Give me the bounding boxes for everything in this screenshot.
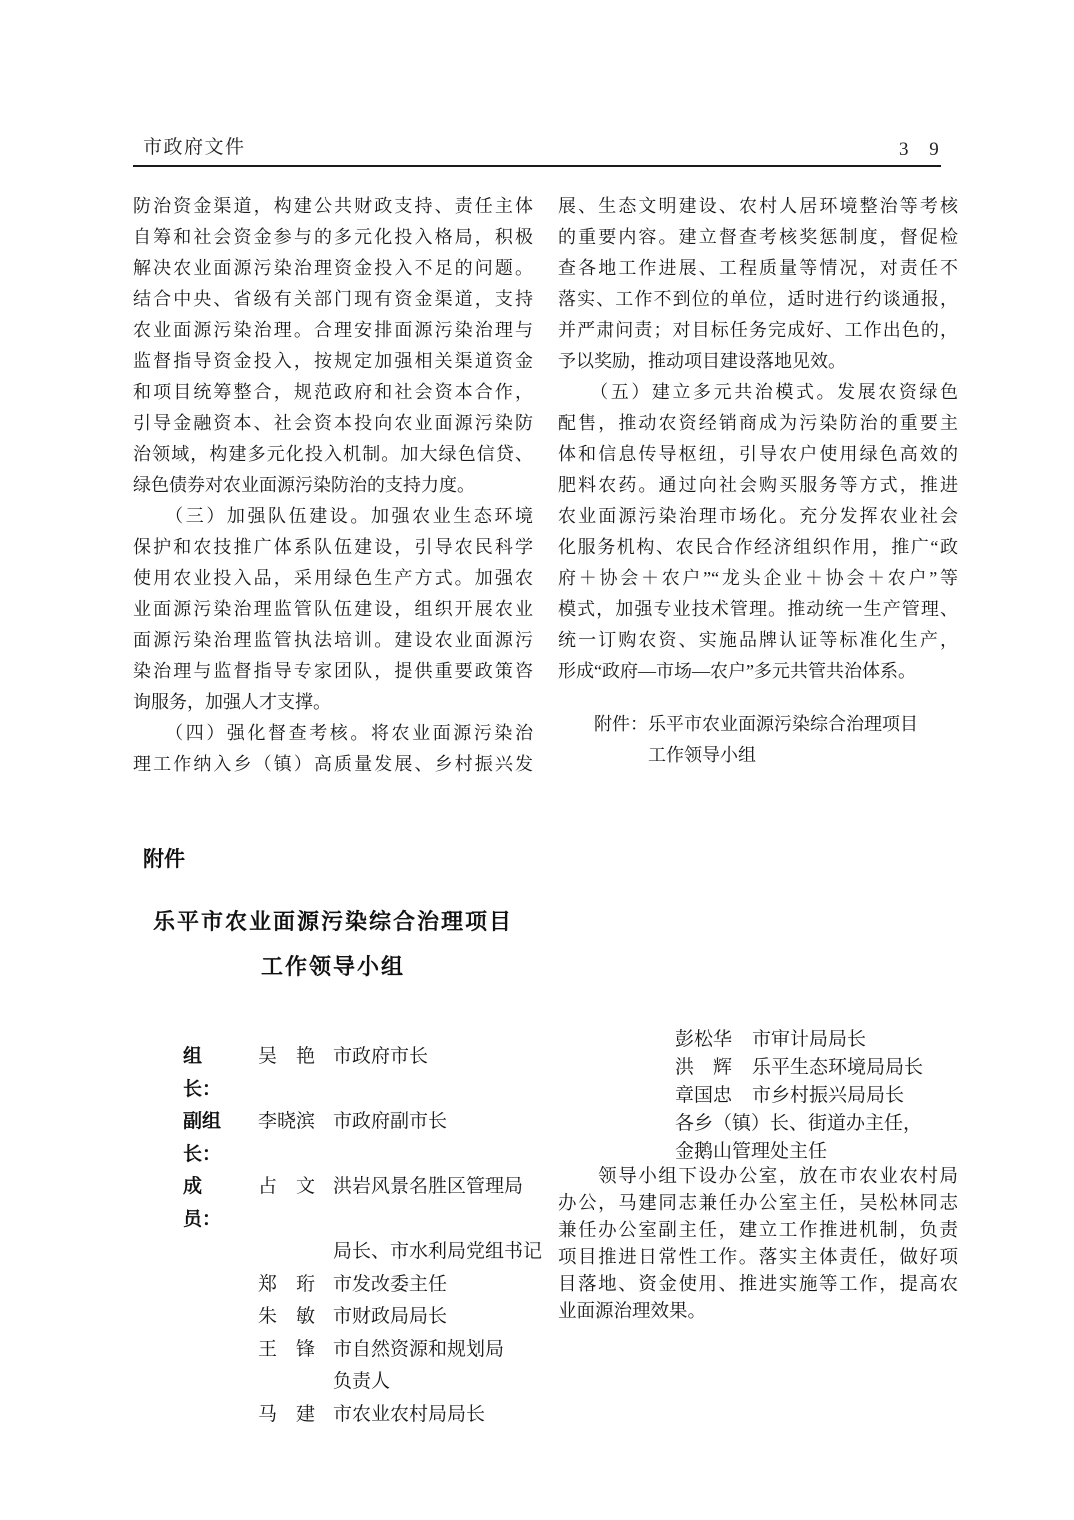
body-line: 落实、工作不到位的单位，适时进行约谈通报，	[558, 284, 958, 315]
body-line: 询服务，加强人才支撑。	[133, 687, 533, 718]
roster-right: 彭松华市审计局局长 洪 辉乐平生态环境局局长 章国忠市乡村振兴局局长 各乡（镇）…	[675, 1026, 975, 1166]
body-line: 形成“政府—市场—农户”多元共管共治体系。	[558, 656, 958, 687]
roster-extra-line: 金鹅山管理处主任	[675, 1138, 975, 1166]
body-line: （三）加强队伍建设。加强农业生态环境	[133, 501, 533, 532]
office-paragraph: 领导小组下设办公室，放在市农业农村局 办公，马建同志兼任办公室主任，吴松林同志 …	[558, 1164, 958, 1326]
roster-title: 局长、市水利局党组书记	[333, 1236, 563, 1269]
roster-title: 乐平生态环境局局长	[752, 1054, 975, 1082]
roster-row: 局长、市水利局党组书记	[183, 1236, 563, 1269]
body-line: 配售，推动农资经销商成为污染防治的重要主	[558, 408, 958, 439]
roster-title: 洪岩风景名胜区管理局	[333, 1171, 563, 1236]
body-line: 防治资金渠道，构建公共财政支持、责任主体	[133, 191, 533, 222]
body-line: 化服务机构、农民合作经济组织作用，推广“政	[558, 532, 958, 563]
attachment-reference-line: 附件：乐平市农业面源污染综合治理项目	[558, 709, 958, 740]
body-column-left: 防治资金渠道，构建公共财政支持、责任主体 自筹和社会资金参与的多元化投入格局，积…	[133, 191, 533, 780]
roster-row: 章国忠市乡村振兴局局长	[675, 1082, 975, 1110]
body-line: 业面源污染治理监管队伍建设，组织开展农业	[133, 594, 533, 625]
body-line: （四）强化督查考核。将农业面源污染治	[133, 718, 533, 749]
body-line: 结合中央、省级有关部门现有资金渠道，支持	[133, 284, 533, 315]
body-line: 染治理与监督指导专家团队，提供重要政策咨	[133, 656, 533, 687]
body-line: 肥料农药。通过向社会购买服务等方式，推进	[558, 470, 958, 501]
attachment-title-line: 工作领导小组	[133, 944, 533, 989]
roster-row: 副组长：李晓滨市政府副市长	[183, 1106, 563, 1171]
roster-role-label	[183, 1301, 258, 1334]
roster-name: 占 文	[258, 1171, 333, 1236]
body-line: 解决农业面源污染治理资金投入不足的问题。	[133, 253, 533, 284]
attachment-title-line: 乐平市农业面源污染综合治理项目	[133, 899, 533, 944]
roster-row: 郑 珩市发改委主任	[183, 1269, 563, 1302]
paragraph-line: 目落地、资金使用、推进实施等工作，提高农	[558, 1272, 958, 1299]
roster-extra-line: 各乡（镇）长、街道办主任，	[675, 1110, 975, 1138]
body-line: 的重要内容。建立督查考核奖惩制度，督促检	[558, 222, 958, 253]
roster-name: 朱 敏	[258, 1301, 333, 1334]
roster-row: 彭松华市审计局局长	[675, 1026, 975, 1054]
roster-name: 彭松华	[675, 1026, 752, 1054]
roster-title: 市发改委主任	[333, 1269, 563, 1302]
body-line: 府＋协会＋农户”“龙头企业＋协会＋农户”等	[558, 563, 958, 594]
roster-row: 马 建市农业农村局局长	[183, 1399, 563, 1432]
roster-role-label: 副组长：	[183, 1106, 258, 1171]
body-line: （五）建立多元共治模式。发展农资绿色	[558, 377, 958, 408]
roster-role-label	[183, 1366, 258, 1399]
roster-title: 市农业农村局局长	[333, 1399, 563, 1432]
roster-title: 市乡村振兴局局长	[752, 1082, 975, 1110]
roster-name: 吴 艳	[258, 1041, 333, 1106]
roster-role-label: 成 员：	[183, 1171, 258, 1236]
roster-name: 章国忠	[675, 1082, 752, 1110]
roster-row: 王 锋市自然资源和规划局	[183, 1334, 563, 1367]
roster-title: 市政府副市长	[333, 1106, 563, 1171]
roster-name	[258, 1366, 333, 1399]
roster-row: 组 长：吴 艳市政府市长	[183, 1041, 563, 1106]
body-line: 绿色债券对农业面源污染防治的支持力度。	[133, 470, 533, 501]
body-line: 农业面源污染治理。合理安排面源污染治理与	[133, 315, 533, 346]
body-line: 展、生态文明建设、农村人居环境整治等考核	[558, 191, 958, 222]
paragraph-line: 项目推进日常性工作。落实主体责任，做好项	[558, 1245, 958, 1272]
document-header-label: 市政府文件	[143, 132, 246, 159]
body-line: 和项目统筹整合，规范政府和社会资本合作，	[133, 377, 533, 408]
body-line: 予以奖励，推动项目建设落地见效。	[558, 346, 958, 377]
body-line: 监督指导资金投入，按规定加强相关渠道资金	[133, 346, 533, 377]
page-number: 3 9	[899, 139, 947, 161]
roster-role-label	[183, 1399, 258, 1432]
header-rule	[133, 165, 941, 167]
attachment-reference-line: 工作领导小组	[558, 740, 958, 771]
roster-left: 组 长：吴 艳市政府市长 副组长：李晓滨市政府副市长 成 员：占 文洪岩风景名胜…	[183, 1041, 563, 1431]
roster-role-label	[183, 1269, 258, 1302]
paragraph-line: 兼任办公室副主任，建立工作推进机制，负责	[558, 1218, 958, 1245]
roster-row: 成 员：占 文洪岩风景名胜区管理局	[183, 1171, 563, 1236]
roster-name: 李晓滨	[258, 1106, 333, 1171]
roster-name	[258, 1236, 333, 1269]
attachment-label: 附件	[143, 843, 185, 873]
document-page: 市政府文件 3 9 防治资金渠道，构建公共财政支持、责任主体 自筹和社会资金参与…	[0, 0, 1074, 1520]
roster-name: 郑 珩	[258, 1269, 333, 1302]
paragraph-line: 领导小组下设办公室，放在市农业农村局	[558, 1164, 958, 1191]
body-line: 面源污染治理监管执法培训。建设农业面源污	[133, 625, 533, 656]
attachment-title: 乐平市农业面源污染综合治理项目 工作领导小组	[133, 899, 533, 989]
body-line: 并严肃问责；对目标任务完成好、工作出色的，	[558, 315, 958, 346]
body-column-right: 展、生态文明建设、农村人居环境整治等考核 的重要内容。建立督查考核奖惩制度，督促…	[558, 191, 958, 771]
body-line: 模式，加强专业技术管理。推动统一生产管理、	[558, 594, 958, 625]
roster-role-label	[183, 1334, 258, 1367]
paragraph-lead: （三）加强队伍建设。	[133, 506, 371, 526]
roster-title: 市自然资源和规划局	[333, 1334, 563, 1367]
roster-row: 朱 敏市财政局局长	[183, 1301, 563, 1334]
paragraph-line: 业面源治理效果。	[558, 1299, 958, 1326]
roster-row: 负责人	[183, 1366, 563, 1399]
roster-name: 洪 辉	[675, 1054, 752, 1082]
body-line: 理工作纳入乡（镇）高质量发展、乡村振兴发	[133, 749, 533, 780]
body-line: 保护和农技推广体系队伍建设，引导农民科学	[133, 532, 533, 563]
roster-role-label: 组 长：	[183, 1041, 258, 1106]
body-line: 农业面源污染治理市场化。充分发挥农业社会	[558, 501, 958, 532]
roster-name: 王 锋	[258, 1334, 333, 1367]
roster-title: 市审计局局长	[752, 1026, 975, 1054]
body-line: 体和信息传导枢纽，引导农户使用绿色高效的	[558, 439, 958, 470]
body-line: 查各地工作进展、工程质量等情况，对责任不	[558, 253, 958, 284]
body-line: 统一订购农资、实施品牌认证等标准化生产，	[558, 625, 958, 656]
body-line: 治领域，构建多元化投入机制。加大绿色信贷、	[133, 439, 533, 470]
roster-title: 市政府市长	[333, 1041, 563, 1106]
body-line: 引导金融资本、社会资本投向农业面源污染防	[133, 408, 533, 439]
body-line: 自筹和社会资金参与的多元化投入格局，积极	[133, 222, 533, 253]
body-line: 使用农业投入品，采用绿色生产方式。加强农	[133, 563, 533, 594]
roster-name: 马 建	[258, 1399, 333, 1432]
roster-role-label	[183, 1236, 258, 1269]
roster-title: 负责人	[333, 1366, 563, 1399]
roster-title: 市财政局局长	[333, 1301, 563, 1334]
paragraph-lead: （四）强化督查考核。	[133, 723, 371, 743]
paragraph-line: 办公，马建同志兼任办公室主任，吴松林同志	[558, 1191, 958, 1218]
roster-row: 洪 辉乐平生态环境局局长	[675, 1054, 975, 1082]
paragraph-lead: （五）建立多元共治模式。	[558, 382, 837, 402]
